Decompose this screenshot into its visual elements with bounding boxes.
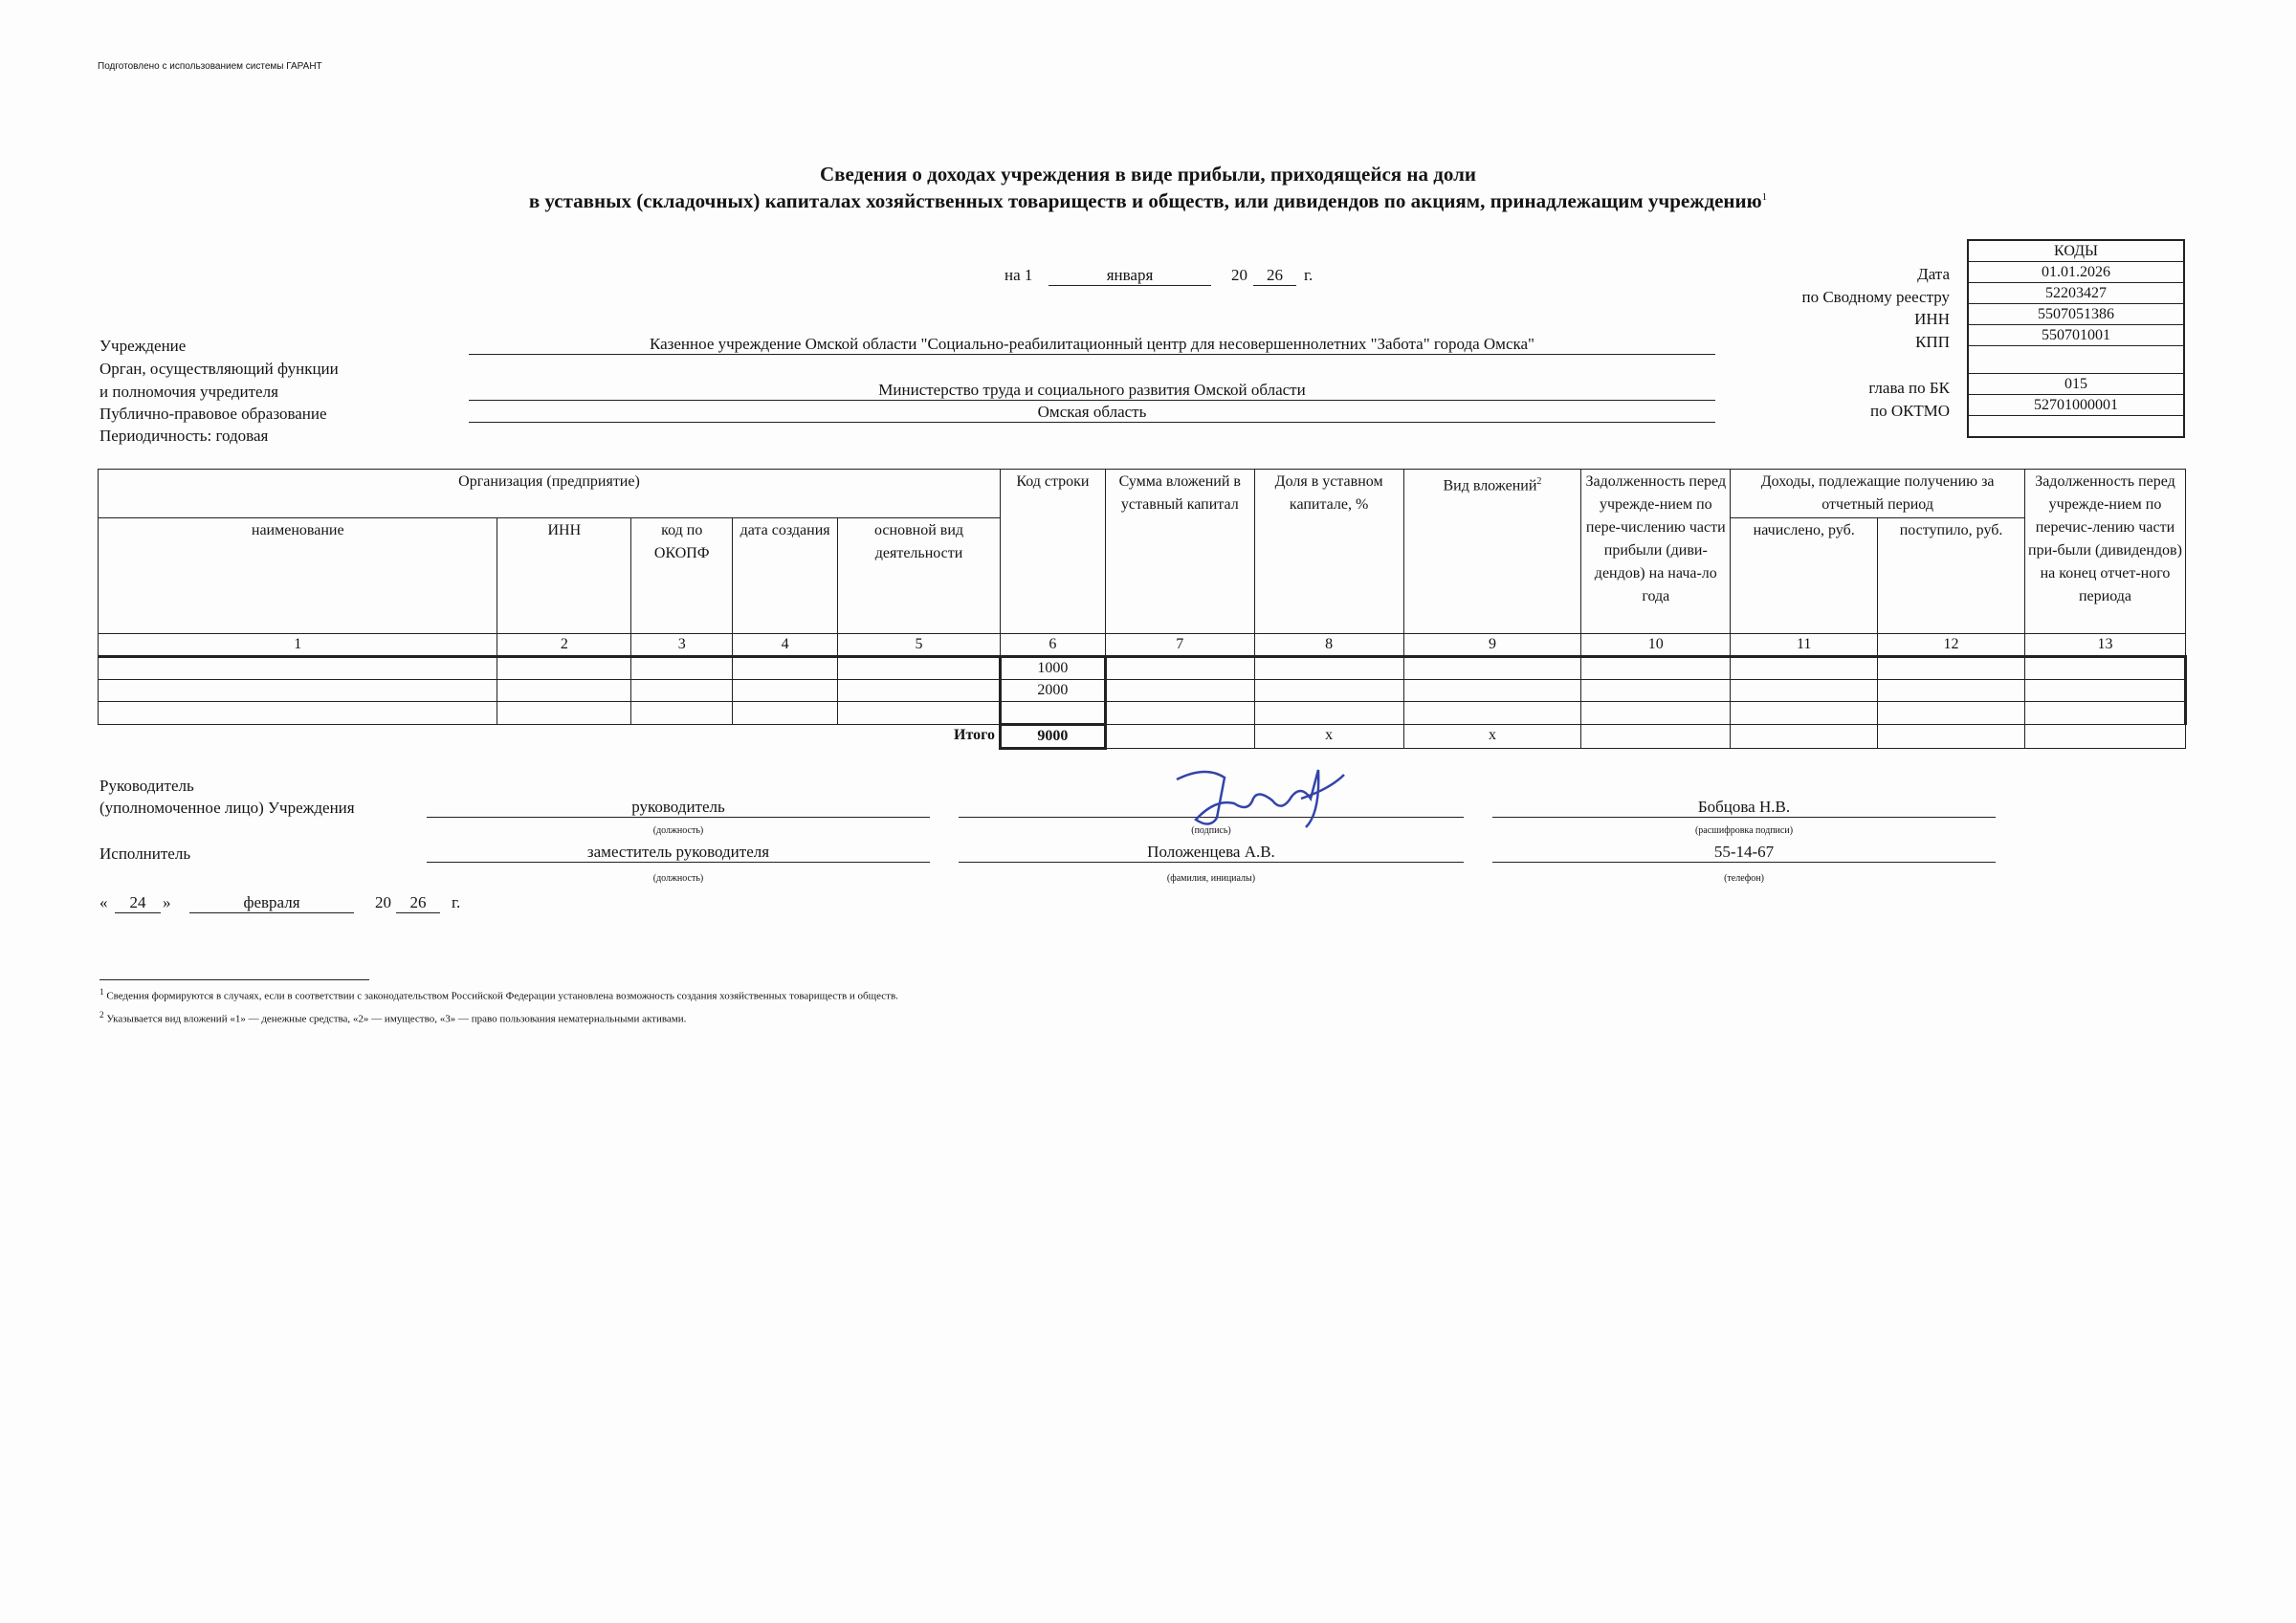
- column-number: 12: [1878, 634, 2025, 657]
- column-numbers-row: 12345678910111213: [99, 634, 2186, 657]
- header-inn: ИНН: [497, 518, 631, 634]
- table-cell[interactable]: [733, 680, 838, 702]
- table-cell[interactable]: [1105, 702, 1254, 725]
- income-table: Организация (предприятие) Код строки Сум…: [98, 469, 2187, 750]
- code-registry: 52203427: [1968, 283, 2184, 304]
- table-cell[interactable]: [497, 680, 631, 702]
- table-cell[interactable]: [99, 657, 497, 680]
- table-cell[interactable]: [733, 702, 838, 725]
- code-bk: 015: [1968, 374, 2184, 395]
- table-cell[interactable]: [1105, 680, 1254, 702]
- column-number: 2: [497, 634, 631, 657]
- total-label: Итого: [99, 725, 1001, 749]
- header-debt-end: Задолженность перед учрежде-нием по пере…: [2024, 470, 2185, 634]
- header-okopf: код по ОКОПФ: [631, 518, 733, 634]
- signed-day: 24: [115, 893, 161, 913]
- column-number: 5: [838, 634, 1001, 657]
- header-date: дата создания: [733, 518, 838, 634]
- table-cell[interactable]: [1254, 680, 1403, 702]
- table-cell[interactable]: [1254, 657, 1403, 680]
- code-label-inn: ИНН: [1626, 310, 1950, 329]
- table-cell[interactable]: [1731, 657, 1878, 680]
- founder-label-1: Орган, осуществляющий функции: [99, 360, 339, 379]
- executor-name: Положенцева А.В.: [959, 843, 1464, 863]
- code-empty: [1968, 346, 2184, 374]
- caption-position-2: (должность): [427, 873, 930, 884]
- row-code: [1000, 702, 1105, 725]
- table-cell[interactable]: [1403, 702, 1581, 725]
- row-code: 1000: [1000, 657, 1105, 680]
- total-code: 9000: [1000, 725, 1105, 749]
- signed-month: февраля: [189, 893, 354, 913]
- header-debt-start: Задолженность перед учрежде-нием по пере…: [1581, 470, 1731, 634]
- table-cell[interactable]: [497, 702, 631, 725]
- prepared-note: Подготовлено с использованием системы ГА…: [98, 61, 322, 72]
- table-cell[interactable]: [631, 657, 733, 680]
- caption-phone: (телефон): [1492, 873, 1996, 884]
- institution-label: Учреждение: [99, 337, 186, 356]
- table-cell[interactable]: [2024, 680, 2185, 702]
- date-year-prefix: 20: [1231, 266, 1247, 285]
- column-number: 9: [1403, 634, 1581, 657]
- head-name: Бобцова Н.В.: [1492, 798, 1996, 818]
- table-cell[interactable]: [1878, 680, 2025, 702]
- founder-value: Министерство труда и социального развити…: [469, 381, 1715, 401]
- caption-name: (фамилия, инициалы): [959, 873, 1464, 884]
- table-row: 1000: [99, 657, 2186, 680]
- table-cell[interactable]: [99, 702, 497, 725]
- executor-phone: 55-14-67: [1492, 843, 1996, 863]
- executor-label: Исполнитель: [99, 844, 190, 864]
- total-debt-start: [1581, 725, 1731, 749]
- total-accrued: [1731, 725, 1878, 749]
- table-cell[interactable]: [1105, 657, 1254, 680]
- periodicity: Периодичность: годовая: [99, 427, 268, 446]
- table-cell[interactable]: [1731, 702, 1878, 725]
- footnote-1: 1 Сведения формируются в случаях, если в…: [99, 987, 898, 1002]
- header-code: Код строки: [1000, 470, 1105, 634]
- table-cell[interactable]: [1403, 680, 1581, 702]
- code-label-registry: по Сводному реестру: [1626, 288, 1950, 307]
- date-suffix: г.: [1304, 266, 1313, 285]
- table-cell[interactable]: [1878, 657, 2025, 680]
- footnote-mark: 1: [1762, 191, 1768, 203]
- date-prefix: на 1: [1004, 266, 1032, 285]
- code-oktmo: 52701000001: [1968, 395, 2184, 416]
- header-sum: Сумма вложений в уставный капитал: [1105, 470, 1254, 634]
- column-number: 6: [1000, 634, 1105, 657]
- table-cell[interactable]: [733, 657, 838, 680]
- code-kpp: 550701001: [1968, 325, 2184, 346]
- column-number: 7: [1105, 634, 1254, 657]
- column-number: 10: [1581, 634, 1731, 657]
- table-cell[interactable]: [1878, 702, 2025, 725]
- header-accrued: начислено, руб.: [1731, 518, 1878, 634]
- total-received: [1878, 725, 2025, 749]
- header-income: Доходы, подлежащие получению за отчетный…: [1731, 470, 2025, 518]
- table-cell[interactable]: [1403, 657, 1581, 680]
- footnote-2: 2 Указывается вид вложений «1» — денежны…: [99, 1010, 686, 1025]
- column-number: 13: [2024, 634, 2185, 657]
- table-cell[interactable]: [1581, 680, 1731, 702]
- column-number: 8: [1254, 634, 1403, 657]
- signed-suffix: г.: [452, 893, 460, 912]
- header-share: Доля в уставном капитале, %: [1254, 470, 1403, 634]
- date-month: января: [1049, 266, 1211, 286]
- column-number: 11: [1731, 634, 1878, 657]
- signed-open-quote: «: [99, 893, 108, 912]
- column-number: 3: [631, 634, 733, 657]
- code-inn: 5507051386: [1968, 304, 2184, 325]
- total-debt-end: [2024, 725, 2185, 749]
- header-activity: основной вид деятельности: [838, 518, 1001, 634]
- institution-value: Казенное учреждение Омской области "Соци…: [469, 335, 1715, 355]
- header-type: Вид вложений2: [1403, 470, 1581, 634]
- table-cell[interactable]: [631, 680, 733, 702]
- municipality-label: Публично-правовое образование: [99, 405, 327, 424]
- table-cell[interactable]: [838, 657, 1001, 680]
- table-cell[interactable]: [1581, 657, 1731, 680]
- table-cell[interactable]: [838, 680, 1001, 702]
- municipality-value: Омская область: [469, 403, 1715, 423]
- table-cell[interactable]: [631, 702, 733, 725]
- table-cell[interactable]: [99, 680, 497, 702]
- header-received: поступило, руб.: [1878, 518, 2025, 634]
- table-cell[interactable]: [838, 702, 1001, 725]
- head-label-1: Руководитель: [99, 777, 194, 796]
- signed-close-quote: »: [163, 893, 171, 912]
- footnote-divider: [99, 979, 369, 980]
- signed-year: 26: [396, 893, 440, 913]
- table-cell[interactable]: [2024, 657, 2185, 680]
- codes-header: КОДЫ: [1968, 240, 2184, 262]
- code-label-date: Дата: [1626, 265, 1950, 284]
- head-label-2: (уполномоченное лицо) Учреждения: [99, 799, 355, 818]
- signed-year-prefix: 20: [375, 893, 391, 912]
- founder-label-2: и полномочия учредителя: [99, 383, 278, 402]
- table-cell[interactable]: [1731, 680, 1878, 702]
- row-code: 2000: [1000, 680, 1105, 702]
- table-cell[interactable]: [497, 657, 631, 680]
- table-cell[interactable]: [1254, 702, 1403, 725]
- table-row: 2000: [99, 680, 2186, 702]
- code-empty-2: [1968, 416, 2184, 438]
- column-number: 4: [733, 634, 838, 657]
- table-cell[interactable]: [2024, 702, 2185, 725]
- codes-table: КОДЫ 01.01.2026 52203427 5507051386 5507…: [1967, 239, 2185, 438]
- caption-position: (должность): [427, 825, 930, 836]
- head-position: руководитель: [427, 798, 930, 818]
- handwritten-signature-icon: [1167, 760, 1358, 837]
- code-date: 01.01.2026: [1968, 262, 2184, 283]
- document-title-line-2: в уставных (складочных) капиталах хозяйс…: [0, 189, 2296, 213]
- document-title-line-1: Сведения о доходах учреждения в виде при…: [0, 163, 2296, 186]
- caption-decode: (расшифровка подписи): [1492, 825, 1996, 836]
- executor-position: заместитель руководителя: [427, 843, 930, 863]
- table-cell[interactable]: [1581, 702, 1731, 725]
- total-share: x: [1254, 725, 1403, 749]
- header-name: наименование: [99, 518, 497, 634]
- date-year: 26: [1253, 266, 1296, 286]
- total-type: x: [1403, 725, 1581, 749]
- column-number: 1: [99, 634, 497, 657]
- header-organization: Организация (предприятие): [99, 470, 1001, 518]
- total-sum: [1105, 725, 1254, 749]
- table-row: [99, 702, 2186, 725]
